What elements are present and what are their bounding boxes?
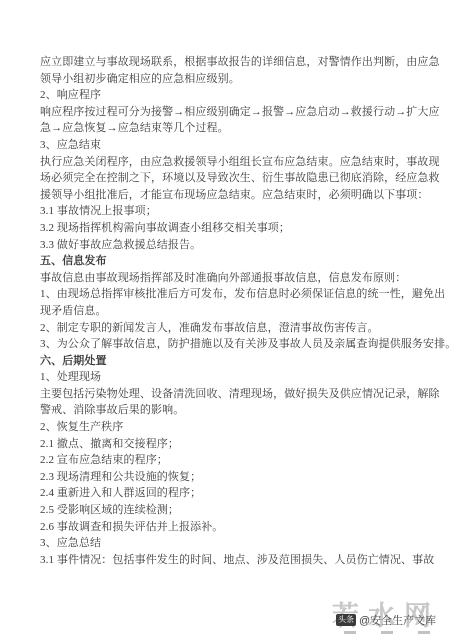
watermark-smallprint <box>418 631 430 634</box>
document-line: 2.6 事故调查和损失评估并上报添补。 <box>40 519 436 536</box>
document-line: 3.3 做好事故应急救援总结报告。 <box>40 237 436 254</box>
document-line: 应立即建立与事故现场联系，根据事故报告的详细信息，对警情作出判断，由应急 <box>40 54 436 71</box>
document-line: 3、为公众了解事故信息，防护措施以及有关涉及事故人员及亲属查询提供服务安排。 <box>40 336 436 353</box>
document-line: 场必须完全在控制之下，环境以及导致次生、衍生事故隐患已彻底消除，经应急救 <box>40 170 436 187</box>
document-line: 1、由现场总指挥审核批准后方可发布，发布信息时必须保证信息的统一性，避免出 <box>40 286 436 303</box>
document-line: 3、应急总结 <box>40 535 436 552</box>
section-heading-post-disposal: 六、后期处置 <box>40 353 436 370</box>
document-line: 事故信息由事故现场指挥部及时准确向外部通报事故信息，信息发布原则： <box>40 270 436 287</box>
watermark-smallprint <box>344 631 356 634</box>
document-line: 3.1 事件情况：包括事件发生的时间、地点、涉及范围损失、人员伤亡情况、事故 <box>40 552 436 569</box>
document-line: 3、应急结束 <box>40 137 436 154</box>
document-line: 援领导小组批准后，才能宣布现场应急结束。应急结束时，必须明确以下事项： <box>40 187 436 204</box>
platform-logo-icon: 头条 <box>336 614 356 626</box>
document-line: 急→应急恢复→应急结束等几个过程。 <box>40 120 436 137</box>
section-heading-info-release: 五、信息发布 <box>40 253 436 270</box>
document-line: 2.3 现场清理和公共设施的恢复； <box>40 469 436 486</box>
document-line: 3.1 事故情况上报事项； <box>40 203 436 220</box>
document-line: 现矛盾信息。 <box>40 303 436 320</box>
document-line: 3.2 现场指挥机构需向事故调查小组移交相关事项； <box>40 220 436 237</box>
document-line: 2.1 撤点、撤离和交接程序； <box>40 436 436 453</box>
document-line: 主要包括污染物处理、设备清洗回收、清理现场，做好损失及供应情况记录，解除 <box>40 386 436 403</box>
watermark-account-name: @安全生产文库 <box>359 612 436 628</box>
document-body: 应立即建立与事故现场联系，根据事故报告的详细信息，对警情作出判断，由应急 领导小… <box>40 54 436 568</box>
document-line: 2.2 宣布应急结束的程序； <box>40 452 436 469</box>
document-line: 2.4 重新进入和人群返回的程序； <box>40 485 436 502</box>
document-page: 应立即建立与事故现场联系，根据事故报告的详细信息，对警情作出判断，由应急 领导小… <box>0 0 450 636</box>
document-line: 警戒、消除事故后果的影响。 <box>40 402 436 419</box>
document-line: 1、处理现场 <box>40 369 436 386</box>
document-line: 2、制定专职的新闻发言人，准确发布事故信息，澄清事故伤害传言。 <box>40 320 436 337</box>
document-line: 2.5 受影响区域的连续检测； <box>40 502 436 519</box>
document-line: 领导小组初步确定相应的应急相应级别。 <box>40 71 436 88</box>
document-line: 执行应急关闭程序，由应急救援领导小组组长宣布应急结束。应急结束时，事故现 <box>40 154 436 171</box>
document-line: 响应程序按过程可分为接警→相应级别确定→报警→应急启动→救援行动→扩大应 <box>40 104 436 121</box>
document-line: 2、恢复生产秩序 <box>40 419 436 436</box>
document-line: 2、响应程序 <box>40 87 436 104</box>
watermark-account-badge: 头条 @安全生产文库 <box>336 612 436 628</box>
watermark-smallprint <box>381 631 393 634</box>
